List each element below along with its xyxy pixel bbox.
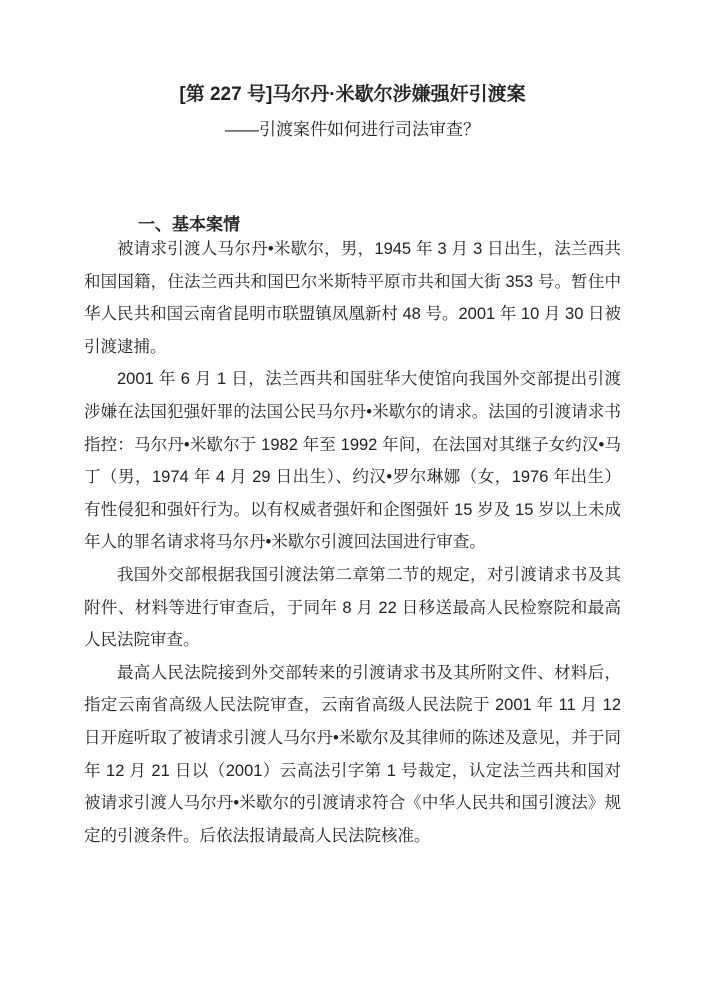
paragraph-3: 我国外交部根据我国引渡法第二章第二节的规定，对引渡请求书及其附件、材料等进行审查…: [84, 559, 621, 657]
doc-title: [第 227 号]马尔丹·米歇尔涉嫌强奸引渡案: [84, 85, 621, 105]
document-page: [第 227 号]马尔丹·米歇尔涉嫌强奸引渡案 ——引渡案件如何进行司法审查？ …: [0, 0, 707, 999]
section-heading-basic-facts: 一、基本案情: [84, 216, 621, 233]
paragraph-2: 2001 年 6 月 1 日，法兰西共和国驻华大使馆向我国外交部提出引渡涉嫌在法…: [84, 363, 621, 559]
paragraph-4: 最高人民法院接到外交部转来的引渡请求书及其所附文件、材料后，指定云南省高级人民法…: [84, 657, 621, 853]
doc-subtitle: ——引渡案件如何进行司法审查？: [84, 121, 621, 139]
paragraph-1: 被请求引渡人马尔丹•米歇尔，男，1945 年 3 月 3 日出生，法兰西共和国国…: [84, 233, 621, 363]
